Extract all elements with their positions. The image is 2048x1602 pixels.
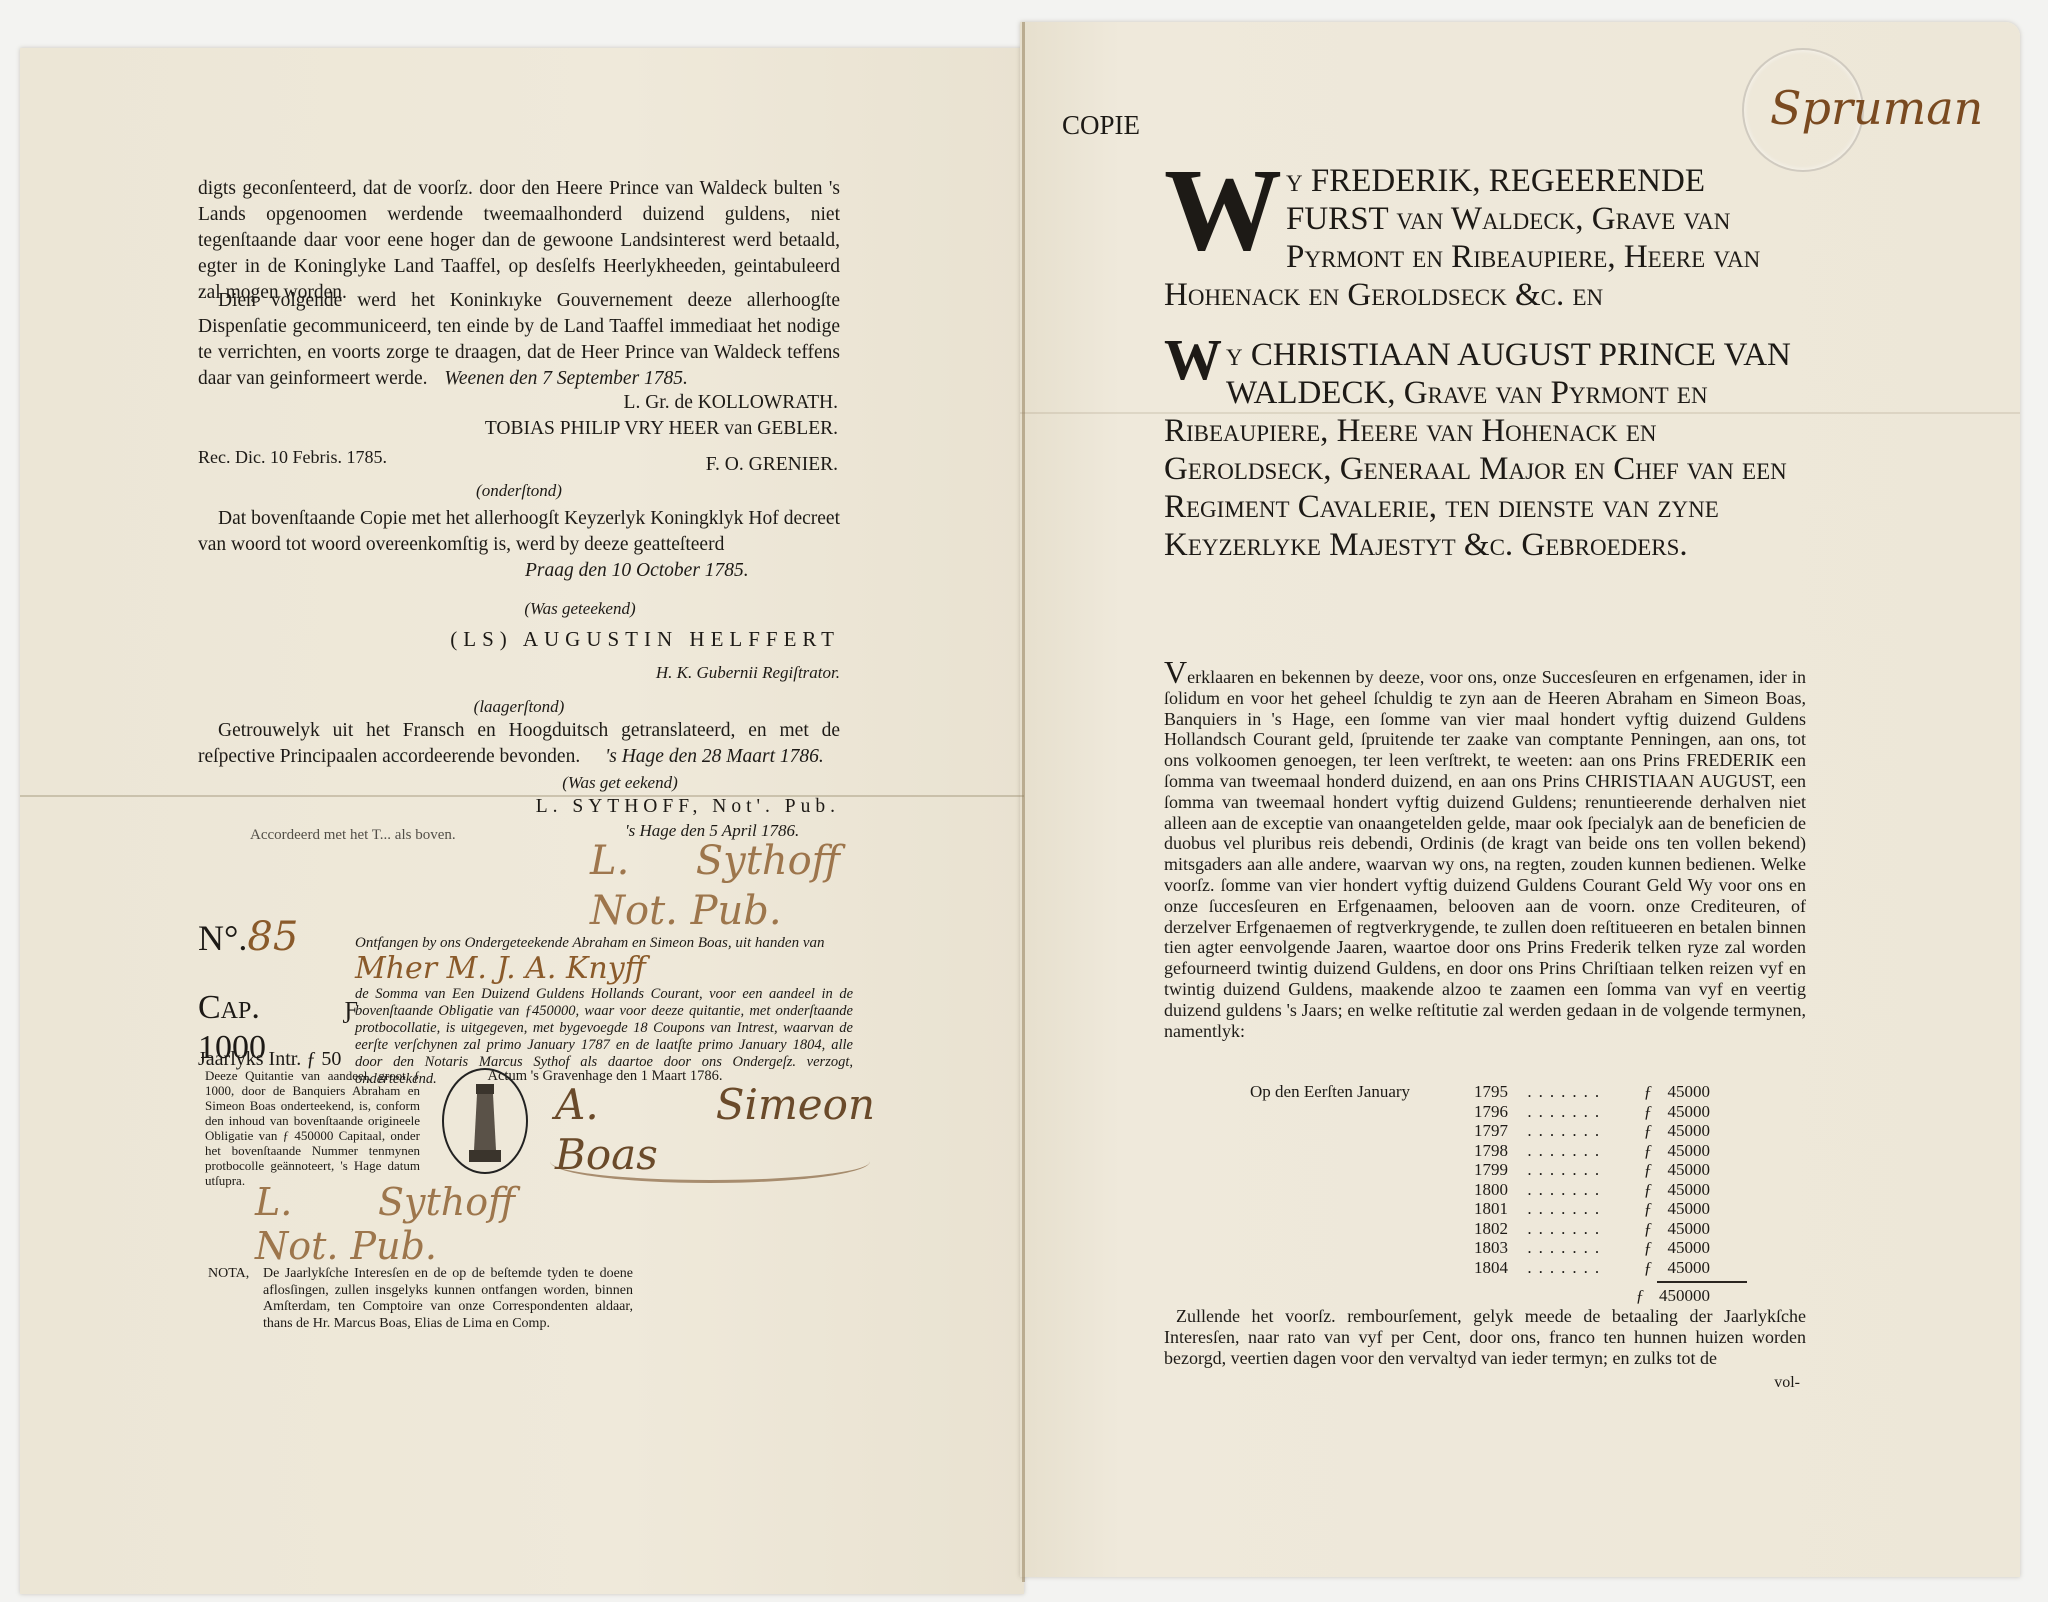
dropcap-v: V xyxy=(1164,654,1187,690)
label-laagerstond: (laagerſtond) xyxy=(198,694,840,720)
schedule-row: 1796.......ƒ45000 xyxy=(1250,1102,1710,1122)
closing-paragraph: Zullende het voorſz. rembourſement, gely… xyxy=(1164,1306,1806,1369)
signatory-gebler: TOBIAS PHILIP VRY HEER van GEBLER. xyxy=(300,416,838,442)
place-date-weenen: Weenen den 7 September 1785. xyxy=(444,368,688,389)
signature-flourish xyxy=(550,1140,870,1183)
receipt-interest-value: ƒ 50 xyxy=(306,1048,341,1070)
label-onderstond: (onderſtond) xyxy=(198,478,840,504)
schedule-row: 1799.......ƒ45000 xyxy=(1250,1160,1710,1180)
nota-text: De Jaarlykſche Interesſen en de op de be… xyxy=(263,1266,633,1332)
receipt-note: Deeze Quitantie van aandeel, groot ƒ 100… xyxy=(205,1068,420,1188)
paragraph-1: digts geconſenteerd, dat de voorſz. door… xyxy=(198,176,840,306)
schedule-row: 1798.......ƒ45000 xyxy=(1250,1141,1710,1161)
paragraph-4: Getrouwelyk uit het Fransch en Hoogduits… xyxy=(198,718,840,770)
copie-label: COPIE xyxy=(1062,112,1182,138)
received-note: Rec. Dic. 10 Febris. 1785. xyxy=(198,444,498,470)
schedule-total-rule xyxy=(1657,1281,1747,1283)
place-date-hage: 's Hage den 28 Maart 1786. xyxy=(605,746,824,767)
schedule-total: ƒ450000 xyxy=(1250,1286,1710,1306)
paragraph-3: Dat bovenſtaande Copie met het allerhoog… xyxy=(198,506,840,558)
handwritten-signature-sythoff-2: L. Sythoff Not. Pub. xyxy=(255,1180,515,1268)
signatory-grenier: F. O. GRENIER. xyxy=(600,452,838,478)
schedule-row: 1800.......ƒ45000 xyxy=(1250,1180,1710,1200)
center-fold xyxy=(1022,22,1025,1582)
heading-christiaan: W y CHRISTIAAN AUGUST PRINCE VAN WALDECK… xyxy=(1164,336,1804,564)
schedule-row: Op den Eerſten January1795.......ƒ45000 xyxy=(1250,1082,1710,1102)
handwritten-signature-top: Spruman xyxy=(1770,80,1990,136)
label-was-geteekend-2: (Was get eekend) xyxy=(400,770,840,796)
accord-line: Accordeerd met het T... als boven. xyxy=(250,822,590,848)
signatory-helffert: (LS) AUGUSTIN HELFFERT xyxy=(300,626,840,652)
signatory-helffert-title: H. K. Gubernii Regiſtrator. xyxy=(400,660,840,686)
repayment-schedule: Op den Eerſten January1795.......ƒ45000 … xyxy=(1250,1082,1710,1306)
schedule-row: 1802.......ƒ45000 xyxy=(1250,1219,1710,1239)
nota-label: NOTA, xyxy=(208,1266,263,1281)
schedule-row: 1797.......ƒ45000 xyxy=(1250,1121,1710,1141)
label-was-geteekend-1: (Was geteekend) xyxy=(320,596,840,622)
schedule-row: 1804.......ƒ45000 xyxy=(1250,1258,1710,1278)
column-stamp-icon xyxy=(442,1068,528,1174)
dropcap-w-2: W xyxy=(1164,338,1222,382)
signatory-kollowrath: L. Gr. de KOLLOWRATH. xyxy=(400,390,838,416)
catchword: vol- xyxy=(1700,1370,1800,1396)
schedule-row: 1803.......ƒ45000 xyxy=(1250,1238,1710,1258)
declaration-body: Verklaaren en bekennen by deeze, voor on… xyxy=(1164,662,1806,1041)
dropcap-w-1: W xyxy=(1164,164,1282,256)
signatory-sythoff: L. SYTHOFF, Not'. Pub. xyxy=(400,794,840,820)
place-date-praag: Praag den 10 October 1785. xyxy=(525,558,825,584)
heading-frederik: W y FREDERIK, REGEERENDE FURST van Walde… xyxy=(1164,162,1804,314)
schedule-row: 1801.......ƒ45000 xyxy=(1250,1199,1710,1219)
paragraph-2: Dien volgende werd het Koninkıyke Gouver… xyxy=(198,288,840,392)
receipt-handwritten-name: Mher M. J. A. Knyff xyxy=(355,952,755,986)
receipt-number-value: 85 xyxy=(247,914,298,960)
receipt-number: N°.85 xyxy=(198,915,338,960)
